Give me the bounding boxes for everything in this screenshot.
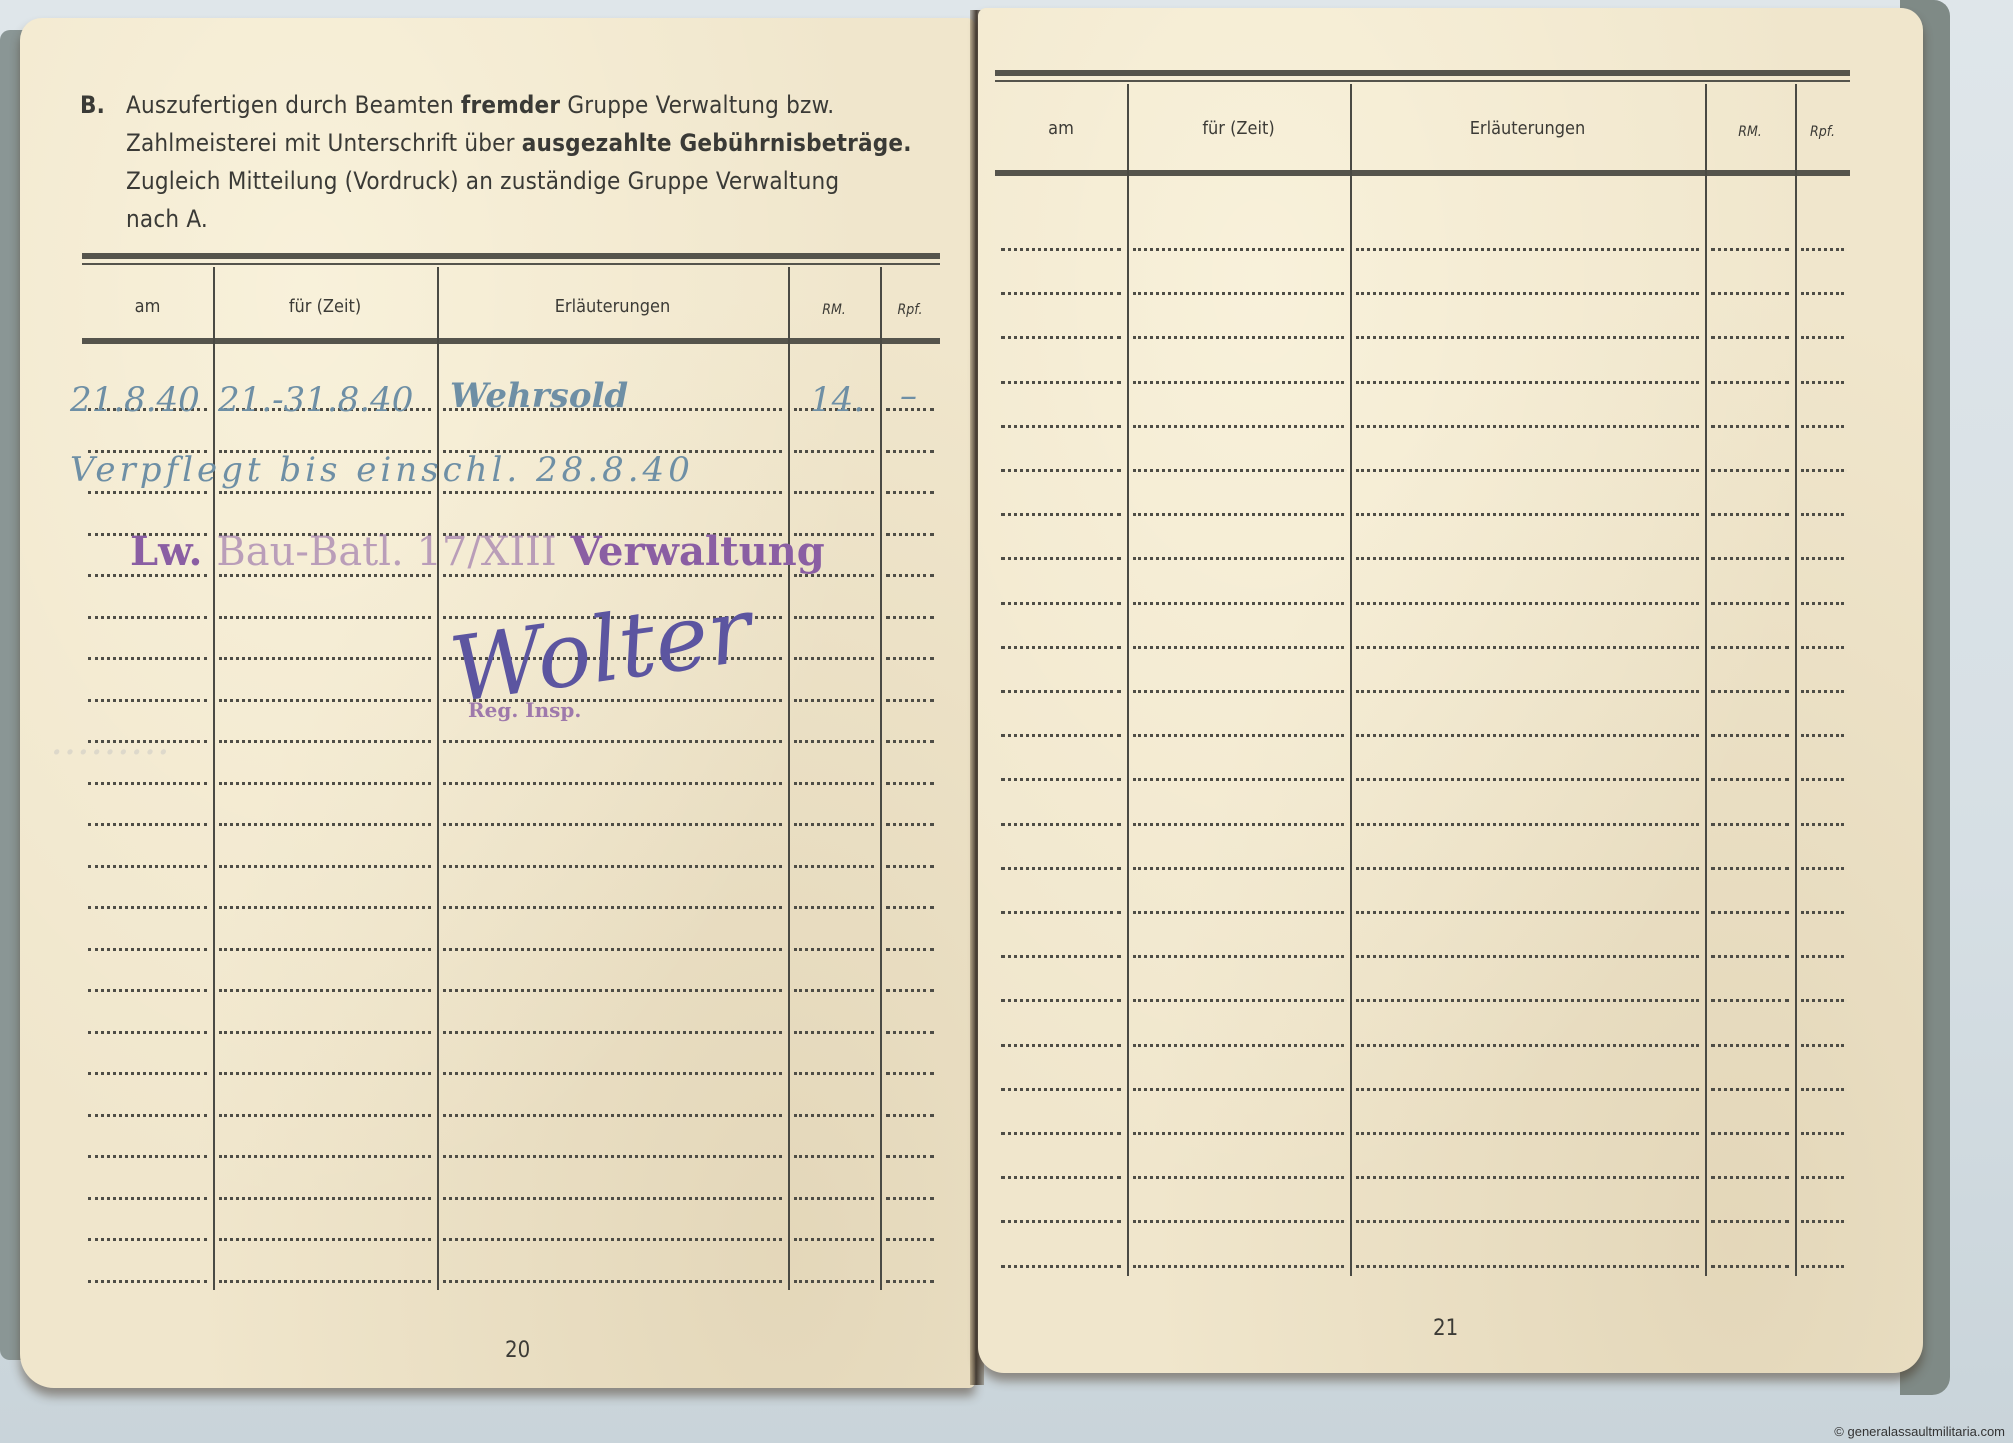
left-page: B. Auszufertigen durch Beamten fremder G… [20,18,975,1388]
right-page: amfür (Zeit)ErläuterungenRM.Rpf. 21 [978,8,1923,1373]
row-dotted-line [1001,999,1121,1002]
row-dotted-line [219,1031,431,1034]
row-dotted-line [1801,602,1844,605]
row-dotted-line [886,865,934,868]
row-dotted-line [1356,823,1699,826]
column-header-fuer-zeit: für (Zeit) [213,296,437,317]
row-dotted-line [1001,690,1121,693]
column-header-fuer-zeit: für (Zeit) [1127,118,1350,139]
row-dotted-line [1711,955,1789,958]
row-dotted-line [1711,425,1789,428]
row-dotted-line [886,533,934,536]
row-dotted-line [794,989,874,992]
row-dotted-line [1356,999,1699,1002]
instruction-bold: fremder [461,91,560,119]
row-dotted-line [443,491,782,494]
row-dotted-line [794,1238,874,1241]
row-dotted-line [1133,292,1344,295]
row-dotted-line [219,1197,431,1200]
row-dotted-line [219,616,431,619]
row-dotted-line [794,657,874,660]
row-dotted-line [1356,646,1699,649]
row-dotted-line [1801,557,1844,560]
row-dotted-line [1801,867,1844,870]
stamp-suffix: Verwaltung [571,528,825,575]
row-dotted-line [1001,381,1121,384]
row-dotted-line [219,740,431,743]
row-dotted-line [88,906,207,909]
row-dotted-line [88,948,207,951]
row-dotted-line [794,1114,874,1117]
row-dotted-line [886,740,934,743]
handwritten-period: 21.-31.8.40 [218,380,413,420]
row-dotted-line [219,948,431,951]
table-top-rule-thin [995,80,1850,82]
row-dotted-line [88,782,207,785]
row-dotted-line [1356,690,1699,693]
column-header-erlaeuterungen: Erläuterungen [1350,118,1705,139]
instruction-bold: ausgezahlte Gebührnisbeträge. [522,129,912,157]
row-dotted-line [1356,955,1699,958]
row-dotted-line [219,1072,431,1075]
unit-stamp: Lw. Bau-Batl. 17/XIII Verwaltung [130,528,825,575]
instruction-text: Zahlmeisterei mit Unterschrift über [126,129,522,157]
row-dotted-line [1801,1132,1844,1135]
row-dotted-line [1711,867,1789,870]
row-dotted-line [443,989,782,992]
row-dotted-line [219,1114,431,1117]
row-dotted-line [794,782,874,785]
row-dotted-line [443,948,782,951]
row-dotted-line [1133,1220,1344,1223]
row-dotted-line [1356,469,1699,472]
row-dotted-line [1711,911,1789,914]
row-dotted-line [1711,602,1789,605]
column-header-am: am [995,118,1127,139]
row-dotted-line [1801,425,1844,428]
row-dotted-line [1001,646,1121,649]
column-header-rm: RM. [788,302,880,318]
bleed-through-text: ……… [50,718,170,764]
row-dotted-line [1801,336,1844,339]
row-dotted-line [219,1155,431,1158]
row-dotted-line [1356,911,1699,914]
row-dotted-line [1801,690,1844,693]
row-dotted-line [1711,646,1789,649]
row-dotted-line [886,1280,934,1283]
row-dotted-line [886,1155,934,1158]
handwritten-explanation: Wehrsold [450,376,628,416]
row-dotted-line [1133,1176,1344,1179]
row-dotted-line [1133,1044,1344,1047]
row-dotted-line [1711,248,1789,251]
row-dotted-line [1711,823,1789,826]
row-dotted-line [443,782,782,785]
row-dotted-line [1801,1088,1844,1091]
column-divider [213,267,215,1290]
row-dotted-line [1001,1265,1121,1268]
instruction-text: Gruppe Verwaltung bzw. [560,91,834,119]
column-header-am: am [82,296,213,317]
row-dotted-line [1356,1176,1699,1179]
row-dotted-line [1711,999,1789,1002]
row-dotted-line [1133,690,1344,693]
row-dotted-line [886,574,934,577]
page-number-20: 20 [505,1338,530,1363]
row-dotted-line [88,491,207,494]
row-dotted-line [1801,911,1844,914]
row-dotted-line [1711,1132,1789,1135]
handwritten-rm-amount: 14. [810,380,864,420]
column-divider [880,267,882,1290]
row-dotted-line [88,823,207,826]
row-dotted-line [88,865,207,868]
row-dotted-line [1001,1044,1121,1047]
row-dotted-line [1801,823,1844,826]
row-dotted-line [88,616,207,619]
header-bottom-rule [995,170,1850,176]
row-dotted-line [1356,1044,1699,1047]
row-dotted-line [1133,823,1344,826]
handwritten-rpf-amount: – [900,376,917,416]
instruction-line-4: nach A. [126,200,940,238]
row-dotted-line [1133,999,1344,1002]
row-dotted-line [1001,248,1121,251]
row-dotted-line [219,1280,431,1283]
row-dotted-line [1801,381,1844,384]
table-top-rule [82,253,940,259]
row-dotted-line [1711,1265,1789,1268]
row-dotted-line [219,823,431,826]
row-dotted-line [219,906,431,909]
row-dotted-line [1001,425,1121,428]
row-dotted-line [1001,336,1121,339]
row-dotted-line [219,865,431,868]
row-dotted-line [443,1197,782,1200]
row-dotted-line [88,657,207,660]
stamp-prefix: Lw. [130,528,202,575]
row-dotted-line [1133,381,1344,384]
row-dotted-line [443,906,782,909]
row-dotted-line [88,1114,207,1117]
row-dotted-line [88,989,207,992]
row-dotted-line [886,823,934,826]
row-dotted-line [1001,1220,1121,1223]
row-dotted-line [1711,1044,1789,1047]
column-header-rpf: Rpf. [1795,124,1850,140]
column-divider [1795,84,1797,1276]
row-dotted-line [886,1197,934,1200]
row-dotted-line [1356,292,1699,295]
signature: Wolter [444,578,758,724]
instruction-text: Auszufertigen durch Beamten [126,91,461,119]
row-dotted-line [1356,1265,1699,1268]
row-dotted-line [1356,1088,1699,1091]
row-dotted-line [1133,513,1344,516]
row-dotted-line [794,1031,874,1034]
row-dotted-line [886,699,934,702]
row-dotted-line [886,450,934,453]
row-dotted-line [1001,778,1121,781]
row-dotted-line [886,1114,934,1117]
row-dotted-line [443,740,782,743]
row-dotted-line [1001,513,1121,516]
row-dotted-line [1711,734,1789,737]
column-divider [1127,84,1129,1276]
row-dotted-line [1801,248,1844,251]
row-dotted-line [794,491,874,494]
row-dotted-line [1356,1220,1699,1223]
row-dotted-line [1133,1132,1344,1135]
row-dotted-line [1711,1176,1789,1179]
row-dotted-line [1711,513,1789,516]
row-dotted-line [794,1197,874,1200]
row-dotted-line [1356,557,1699,560]
row-dotted-line [443,823,782,826]
row-dotted-line [886,948,934,951]
row-dotted-line [1711,778,1789,781]
row-dotted-line [88,1197,207,1200]
row-dotted-line [1711,1088,1789,1091]
row-dotted-line [219,657,431,660]
row-dotted-line [1356,602,1699,605]
table-top-rule [995,70,1850,76]
row-dotted-line [1133,734,1344,737]
row-dotted-line [1133,911,1344,914]
column-header-erlaeuterungen: Erläuterungen [437,296,788,317]
instruction-block: B. Auszufertigen durch Beamten fremder G… [80,86,940,238]
stamp-unit: Bau-Batl. 17/XIII [216,529,556,575]
table-top-rule-thin [82,263,940,265]
section-label: B. [80,86,105,124]
row-dotted-line [1711,381,1789,384]
row-dotted-line [1133,557,1344,560]
row-dotted-line [886,1238,934,1241]
row-dotted-line [794,1280,874,1283]
row-dotted-line [443,1114,782,1117]
row-dotted-line [1356,1132,1699,1135]
row-dotted-line [886,1031,934,1034]
row-dotted-line [794,1155,874,1158]
row-dotted-line [1001,823,1121,826]
row-dotted-line [1133,248,1344,251]
row-dotted-line [1001,292,1121,295]
row-dotted-line [886,616,934,619]
row-dotted-line [1356,336,1699,339]
instruction-line-3: Zugleich Mitteilung (Vordruck) an zustän… [126,162,940,200]
column-divider [1350,84,1352,1276]
row-dotted-line [1356,425,1699,428]
row-dotted-line [1001,602,1121,605]
row-dotted-line [1801,1220,1844,1223]
row-dotted-line [1801,513,1844,516]
row-dotted-line [794,1072,874,1075]
row-dotted-line [794,823,874,826]
row-dotted-line [1001,867,1121,870]
row-dotted-line [1801,999,1844,1002]
row-dotted-line [794,699,874,702]
instruction-line-2: Zahlmeisterei mit Unterschrift über ausg… [126,124,940,162]
column-divider [437,267,439,1290]
row-dotted-line [1711,336,1789,339]
column-header-rm: RM. [1705,124,1795,140]
row-dotted-line [1801,734,1844,737]
row-dotted-line [1001,955,1121,958]
row-dotted-line [1711,1220,1789,1223]
row-dotted-line [1001,1176,1121,1179]
row-dotted-line [1133,469,1344,472]
row-dotted-line [886,1072,934,1075]
row-dotted-line [1801,1176,1844,1179]
row-dotted-line [1133,425,1344,428]
row-dotted-line [1133,646,1344,649]
row-dotted-line [794,740,874,743]
row-dotted-line [1001,911,1121,914]
row-dotted-line [219,989,431,992]
row-dotted-line [1133,1265,1344,1268]
row-dotted-line [1133,955,1344,958]
copyright-watermark: © generalassaultmilitaria.com [1834,1424,2005,1439]
row-dotted-line [886,782,934,785]
row-dotted-line [886,491,934,494]
row-dotted-line [1133,867,1344,870]
row-dotted-line [886,989,934,992]
row-dotted-line [443,1031,782,1034]
row-dotted-line [1801,955,1844,958]
row-dotted-line [443,1072,782,1075]
handwritten-note: Verpflegt bis einschl. 28.8.40 [70,450,694,490]
row-dotted-line [1001,734,1121,737]
row-dotted-line [1001,1088,1121,1091]
row-dotted-line [1356,734,1699,737]
row-dotted-line [1801,778,1844,781]
row-dotted-line [443,865,782,868]
row-dotted-line [1356,248,1699,251]
instruction-line-1: Auszufertigen durch Beamten fremder Grup… [126,86,940,124]
row-dotted-line [219,699,431,702]
row-dotted-line [1356,867,1699,870]
row-dotted-line [1711,292,1789,295]
row-dotted-line [794,948,874,951]
row-dotted-line [794,906,874,909]
row-dotted-line [1133,602,1344,605]
column-divider [788,267,790,1290]
row-dotted-line [1001,557,1121,560]
header-bottom-rule [82,338,940,344]
row-dotted-line [88,699,207,702]
row-dotted-line [1801,469,1844,472]
row-dotted-line [1356,381,1699,384]
row-dotted-line [88,1155,207,1158]
row-dotted-line [88,1280,207,1283]
row-dotted-line [1801,292,1844,295]
row-dotted-line [88,1031,207,1034]
row-dotted-line [1801,1044,1844,1047]
row-dotted-line [219,491,431,494]
row-dotted-line [219,1238,431,1241]
row-dotted-line [886,657,934,660]
row-dotted-line [1001,469,1121,472]
row-dotted-line [88,1072,207,1075]
row-dotted-line [1711,557,1789,560]
column-header-rpf: Rpf. [880,302,940,318]
row-dotted-line [794,865,874,868]
row-dotted-line [1133,336,1344,339]
row-dotted-line [443,1280,782,1283]
row-dotted-line [443,1155,782,1158]
row-dotted-line [1711,469,1789,472]
row-dotted-line [1711,690,1789,693]
row-dotted-line [88,1238,207,1241]
row-dotted-line [794,616,874,619]
row-dotted-line [1801,646,1844,649]
row-dotted-line [1001,1132,1121,1135]
page-number-21: 21 [1433,1316,1458,1341]
row-dotted-line [1133,778,1344,781]
row-dotted-line [443,1238,782,1241]
row-dotted-line [1133,1088,1344,1091]
row-dotted-line [794,450,874,453]
row-dotted-line [1801,1265,1844,1268]
column-divider [1705,84,1707,1276]
row-dotted-line [219,782,431,785]
row-dotted-line [1356,778,1699,781]
row-dotted-line [1356,513,1699,516]
handwritten-date: 21.8.40 [70,380,200,420]
row-dotted-line [886,906,934,909]
